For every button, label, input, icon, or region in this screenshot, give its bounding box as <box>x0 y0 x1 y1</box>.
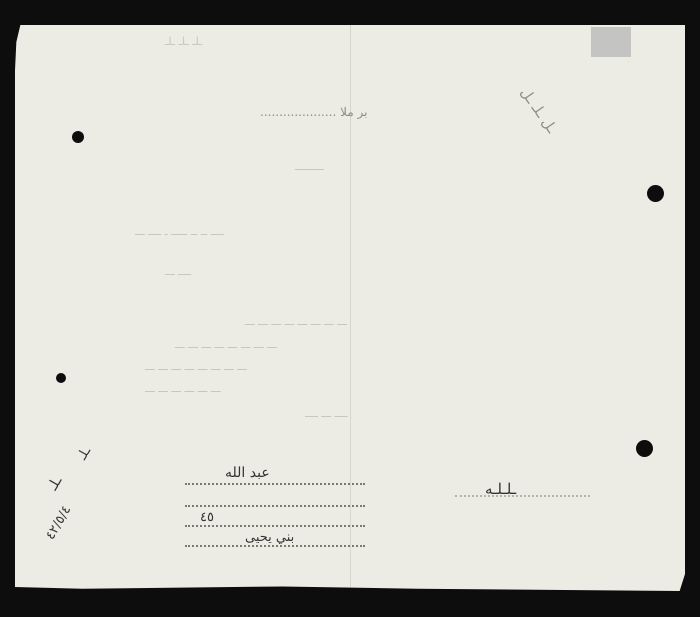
signature-line <box>455 495 590 497</box>
form-field-value: بني يحيى <box>245 530 294 545</box>
paragraph-line: ـــ ـــ ـــ ـــ ـــ ـــ ـــ ـــ <box>145 360 247 373</box>
margin-note-bottom-left: ـلـ <box>45 474 65 493</box>
closing-line: ــــ ـــ ــــ <box>305 407 347 420</box>
form-field-value: عبد الله <box>225 465 270 481</box>
form-field-value: ٥٤ <box>200 510 214 525</box>
margin-note-top-right: ـل ـلـ ـل <box>517 85 559 136</box>
punch-hole-top-left <box>72 131 84 143</box>
punch-hole-top-right <box>647 185 664 202</box>
header-heading: ـلـ ـلـ ـلـ <box>165 35 202 48</box>
body-line-1: ــــ ــ ــ ـــــ ـ ــــ ـــ <box>135 225 224 238</box>
form-field-line <box>185 505 365 507</box>
form-field-line <box>185 525 365 527</box>
paragraph-line: ـــ ـــ ـــ ـــ ـــ ـــ ـــ ـــ <box>175 338 277 351</box>
paragraph-line: ـــ ـــ ـــ ـــ ـــ ـــ ـــ ـــ <box>245 315 347 328</box>
form-field-line <box>185 545 365 547</box>
margin-note-bottom-left: ـلـ <box>75 445 94 463</box>
document-page: ـلـ ـلـ ـلـ بر ملا .................... … <box>15 25 685 591</box>
margin-note-bottom-left-date: ٤/٥/٢٤ <box>43 503 74 542</box>
paragraph-line: ـــ ـــ ـــ ـــ ـــ ـــ <box>145 382 221 395</box>
title-line: بر ملا .................... <box>260 105 367 119</box>
subtitle: ـــــــــ <box>295 160 324 173</box>
punch-hole-bottom-left <box>56 373 66 383</box>
punch-hole-bottom-right <box>636 440 653 457</box>
tape-strip <box>591 27 631 57</box>
body-line-2: ــــ ـــ <box>165 265 191 278</box>
form-field-line <box>185 483 365 485</box>
